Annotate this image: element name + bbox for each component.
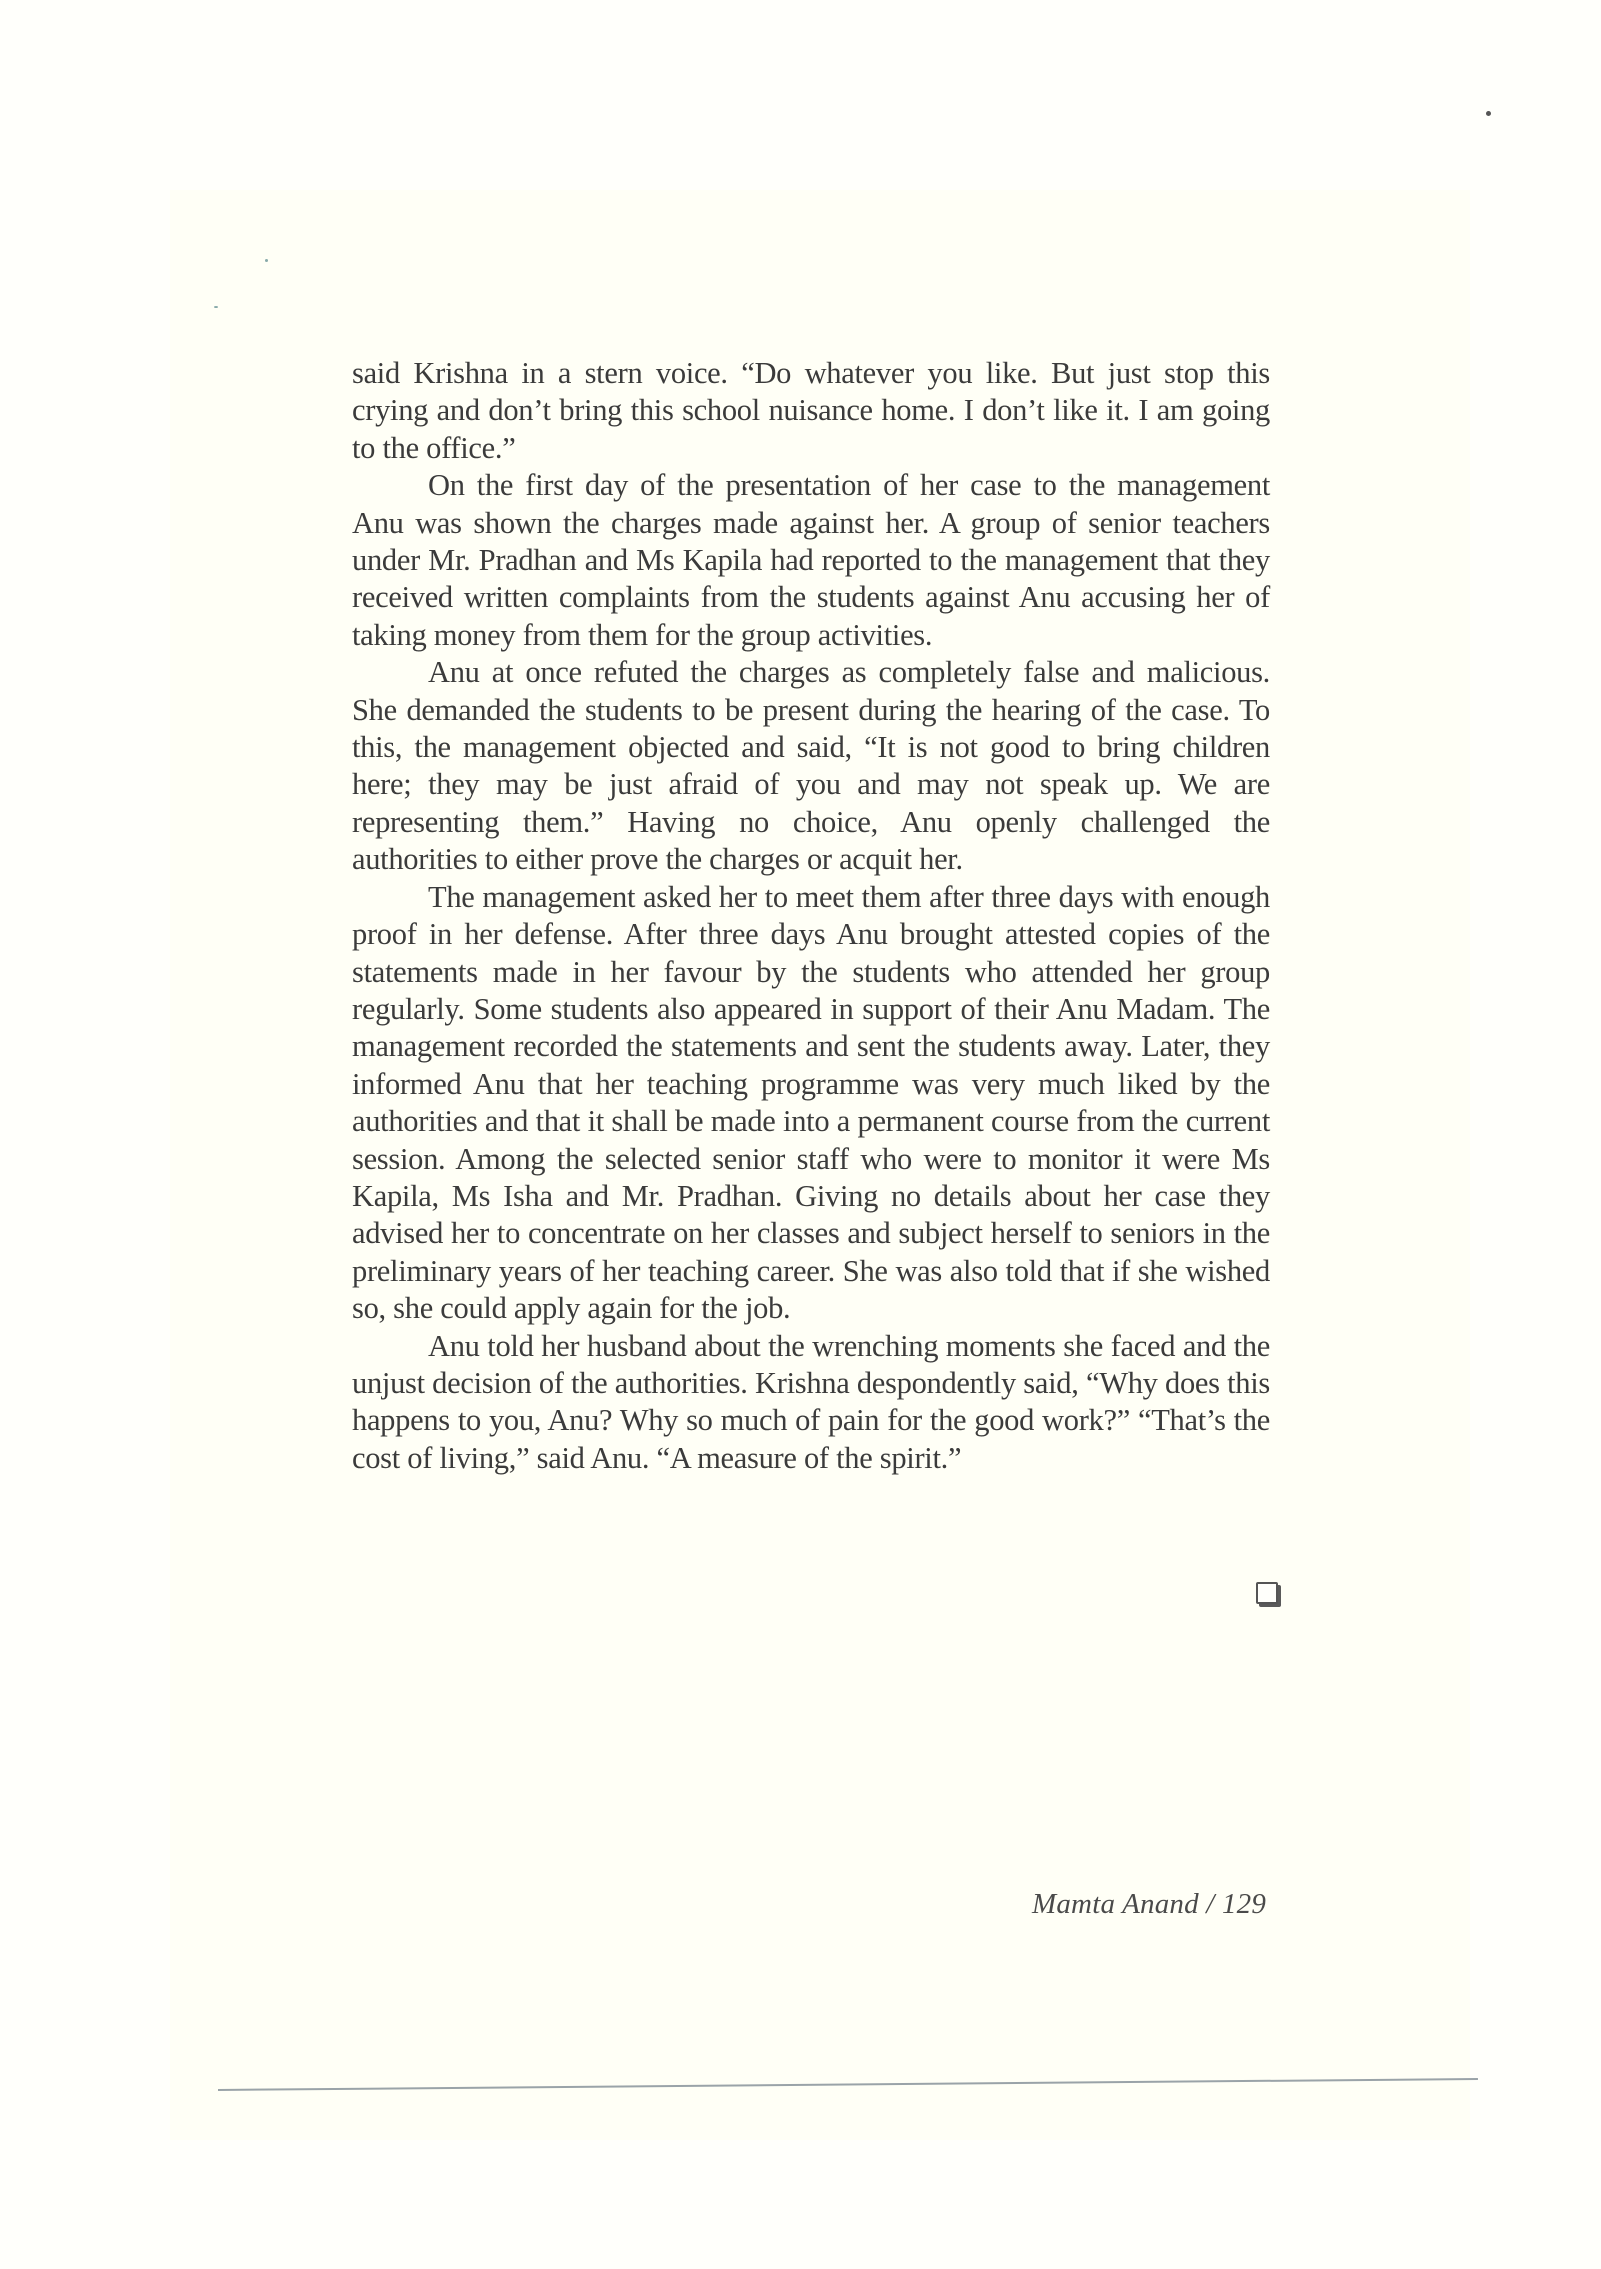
end-of-story-square-icon [1256,1582,1278,1604]
footer-author: Mamta Anand [1032,1888,1199,1920]
footer-separator: / [1199,1888,1222,1920]
paragraph: said Krishna in a stern voice. “Do whate… [352,355,1270,467]
scan-speck [214,306,218,308]
body-text: said Krishna in a stern voice. “Do whate… [352,355,1270,1477]
page-number: 129 [1222,1888,1266,1920]
scan-speck [1486,111,1491,116]
scan-speck [265,259,268,262]
page-footer: Mamta Anand / 129 [1032,1888,1266,1921]
paragraph: Anu at once refuted the charges as compl… [352,654,1270,878]
paragraph: The management asked her to meet them af… [352,879,1270,1328]
paragraph: Anu told her husband about the wrenching… [352,1328,1270,1478]
paragraph: On the first day of the presentation of … [352,467,1270,654]
